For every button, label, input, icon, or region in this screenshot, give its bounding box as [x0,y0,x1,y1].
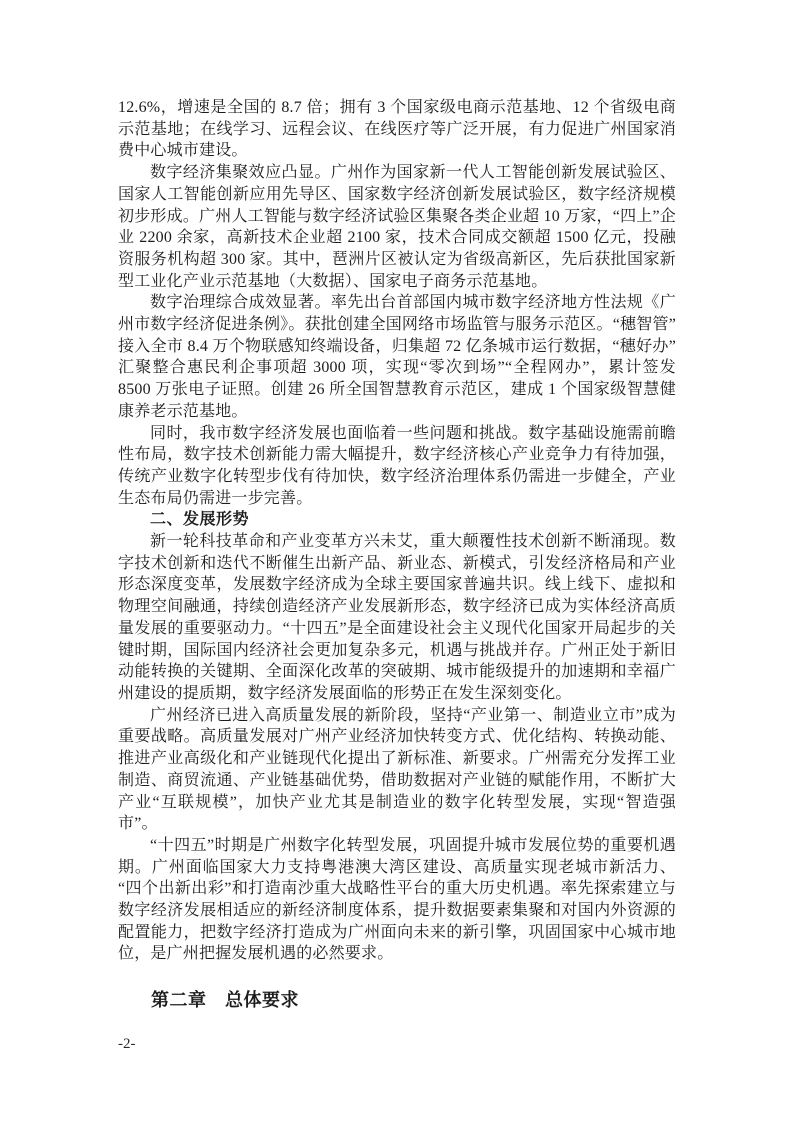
paragraph: 数字治理综合成效显著。率先出台首部国内城市数字经济地方性法规《广州市数字经济促进… [118,292,676,422]
paragraph: 新一轮科技革命和产业变革方兴未艾，重大颠覆性技术创新不断涌现。数字技术创新和迭代… [118,531,676,705]
paragraph: 数字经济集聚效应凸显。广州作为国家新一代人工智能创新发展试验区、国家人工智能创新… [118,162,676,292]
page-number: -2- [118,1036,136,1053]
document-page: 12.6%，增速是全国的 8.7 倍；拥有 3 个国家级电商示范基地、12 个省… [0,0,793,1122]
paragraph-continuation: 12.6%，增速是全国的 8.7 倍；拥有 3 个国家级电商示范基地、12 个省… [118,97,676,162]
chapter-heading: 第二章 总体要求 [118,987,676,1013]
paragraph: 广州经济已进入高质量发展的新阶段，坚持“产业第一、制造业立市”成为重要战略。高质… [118,705,676,835]
section-heading: 二、发展形势 [118,509,676,531]
document-body: 12.6%，增速是全国的 8.7 倍；拥有 3 个国家级电商示范基地、12 个省… [118,97,676,1013]
paragraph: “十四五”时期是广州数字化转型发展，巩固提升城市发展位势的重要机遇期。广州面临国… [118,835,676,965]
paragraph: 同时，我市数字经济发展也面临着一些问题和挑战。数字基础设施需前瞻性布局，数字技术… [118,423,676,510]
